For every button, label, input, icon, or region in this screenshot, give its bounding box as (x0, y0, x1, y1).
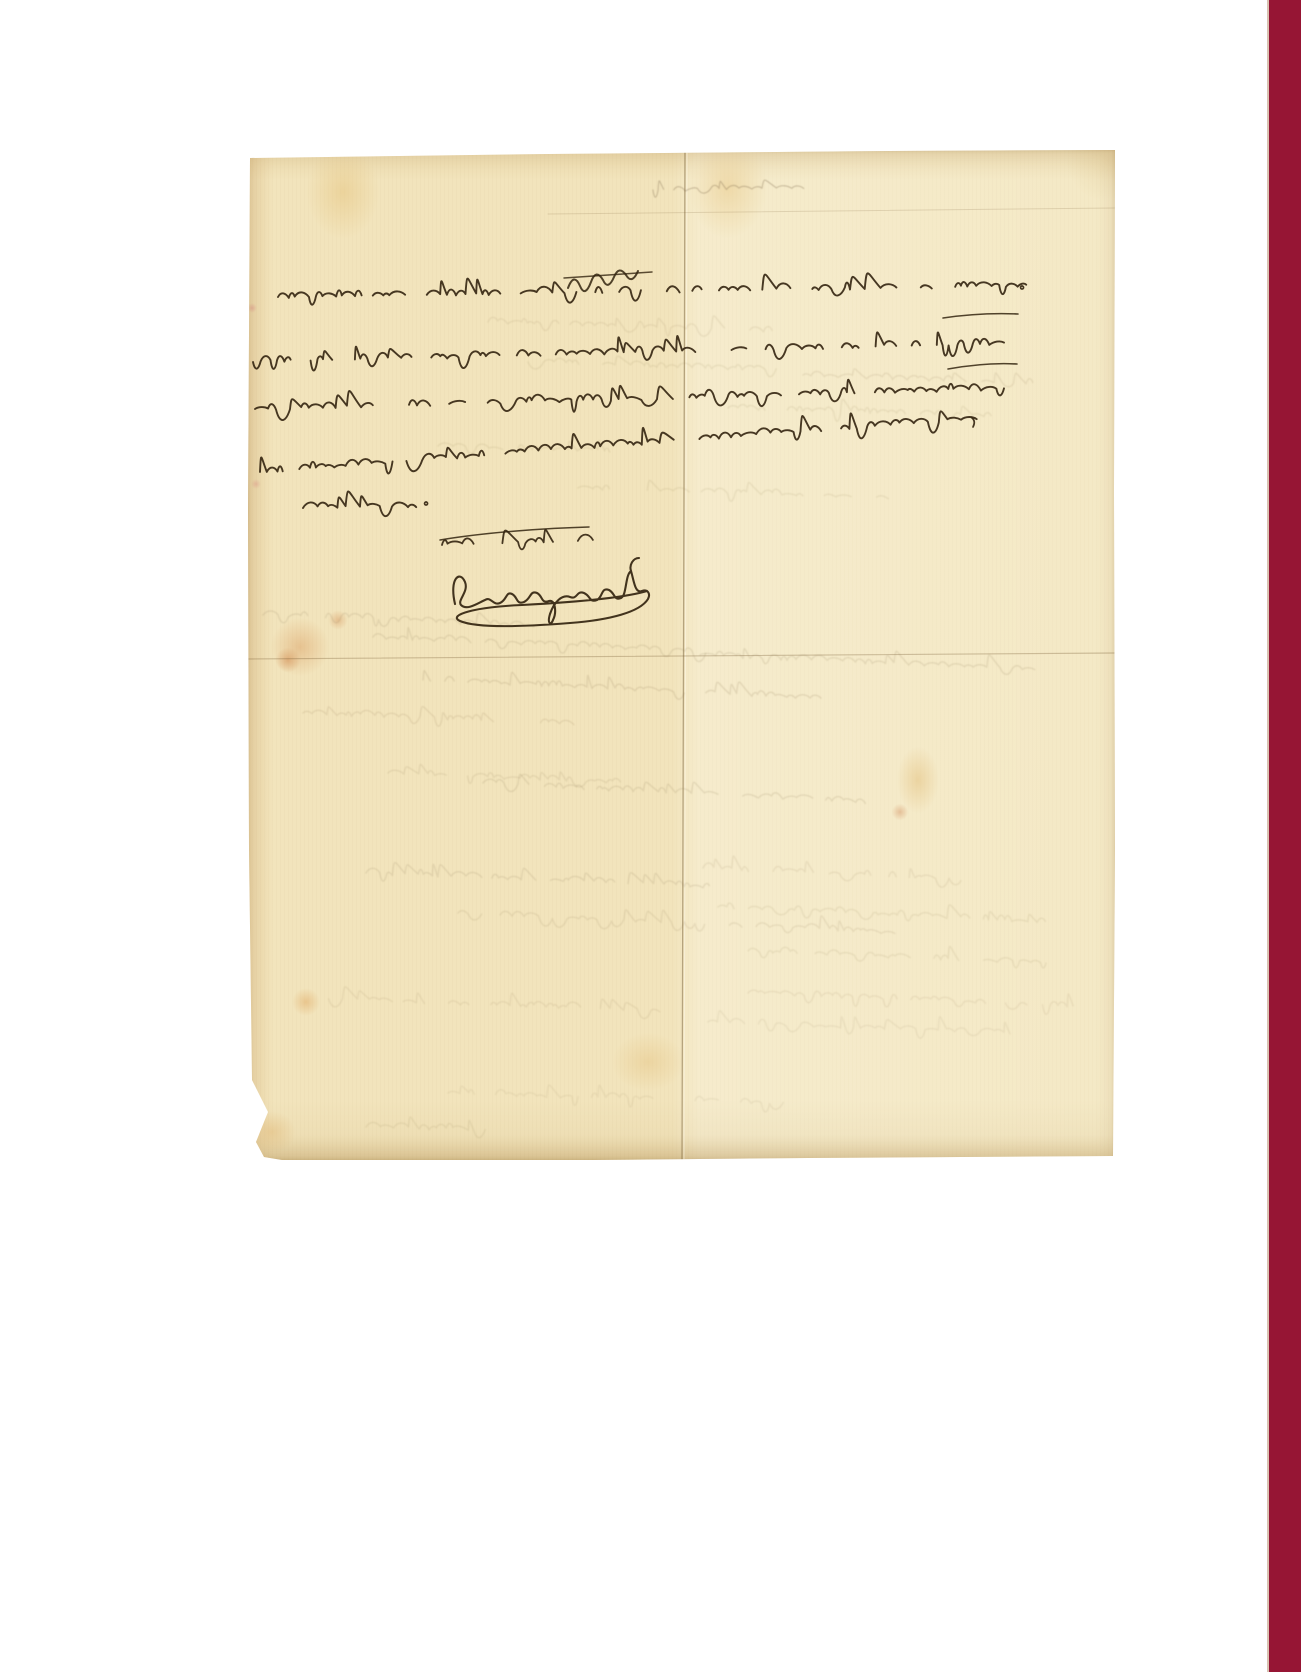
bleed-line (366, 863, 709, 888)
ink-bleed-through (263, 316, 1073, 1138)
letter-line-1 (278, 273, 1026, 304)
bleed-line (303, 707, 574, 727)
bleed-line (366, 1117, 485, 1138)
bleed-line (488, 316, 772, 336)
bleed-line (708, 1011, 1010, 1038)
line-2-dash (943, 314, 1018, 318)
bleed-line (718, 903, 1045, 922)
faint-heading-line (653, 180, 804, 197)
fold-crease-faint (548, 208, 1115, 214)
scribble-strike (564, 272, 652, 278)
bleed-line (578, 481, 888, 502)
letter-body-handwriting (253, 270, 1026, 516)
letter-line-5 (303, 491, 416, 516)
valediction-scrawl (440, 527, 593, 549)
bleed-line (748, 947, 1063, 968)
bleed-line (448, 1085, 805, 1112)
letter-scan (248, 150, 1115, 1160)
bleed-line (528, 356, 776, 376)
fold-creases (248, 150, 1115, 1160)
valediction-line (442, 530, 593, 550)
bleed-line (263, 611, 534, 627)
bleed-line (803, 369, 1058, 387)
line-5-period (425, 502, 428, 505)
letter-line-4 (260, 411, 977, 473)
handwriting-svg (248, 150, 1115, 1162)
bleed-line (703, 856, 961, 887)
line-1-period (1021, 286, 1024, 289)
accent-bar (1267, 0, 1301, 1672)
letter-line-3 (255, 380, 1004, 420)
faint-docket-line (653, 180, 804, 197)
bleed-line (748, 990, 1073, 1014)
bleed-line (458, 910, 895, 933)
fold-crease-horizontal (248, 653, 1115, 659)
letter-line-2 (253, 332, 1004, 370)
bleed-line (329, 987, 660, 1019)
page-background (0, 0, 1301, 1672)
line-4-comma (972, 418, 974, 427)
bleed-line (423, 671, 821, 699)
bleed-line (700, 649, 1035, 675)
line-3-dash (948, 364, 1017, 369)
